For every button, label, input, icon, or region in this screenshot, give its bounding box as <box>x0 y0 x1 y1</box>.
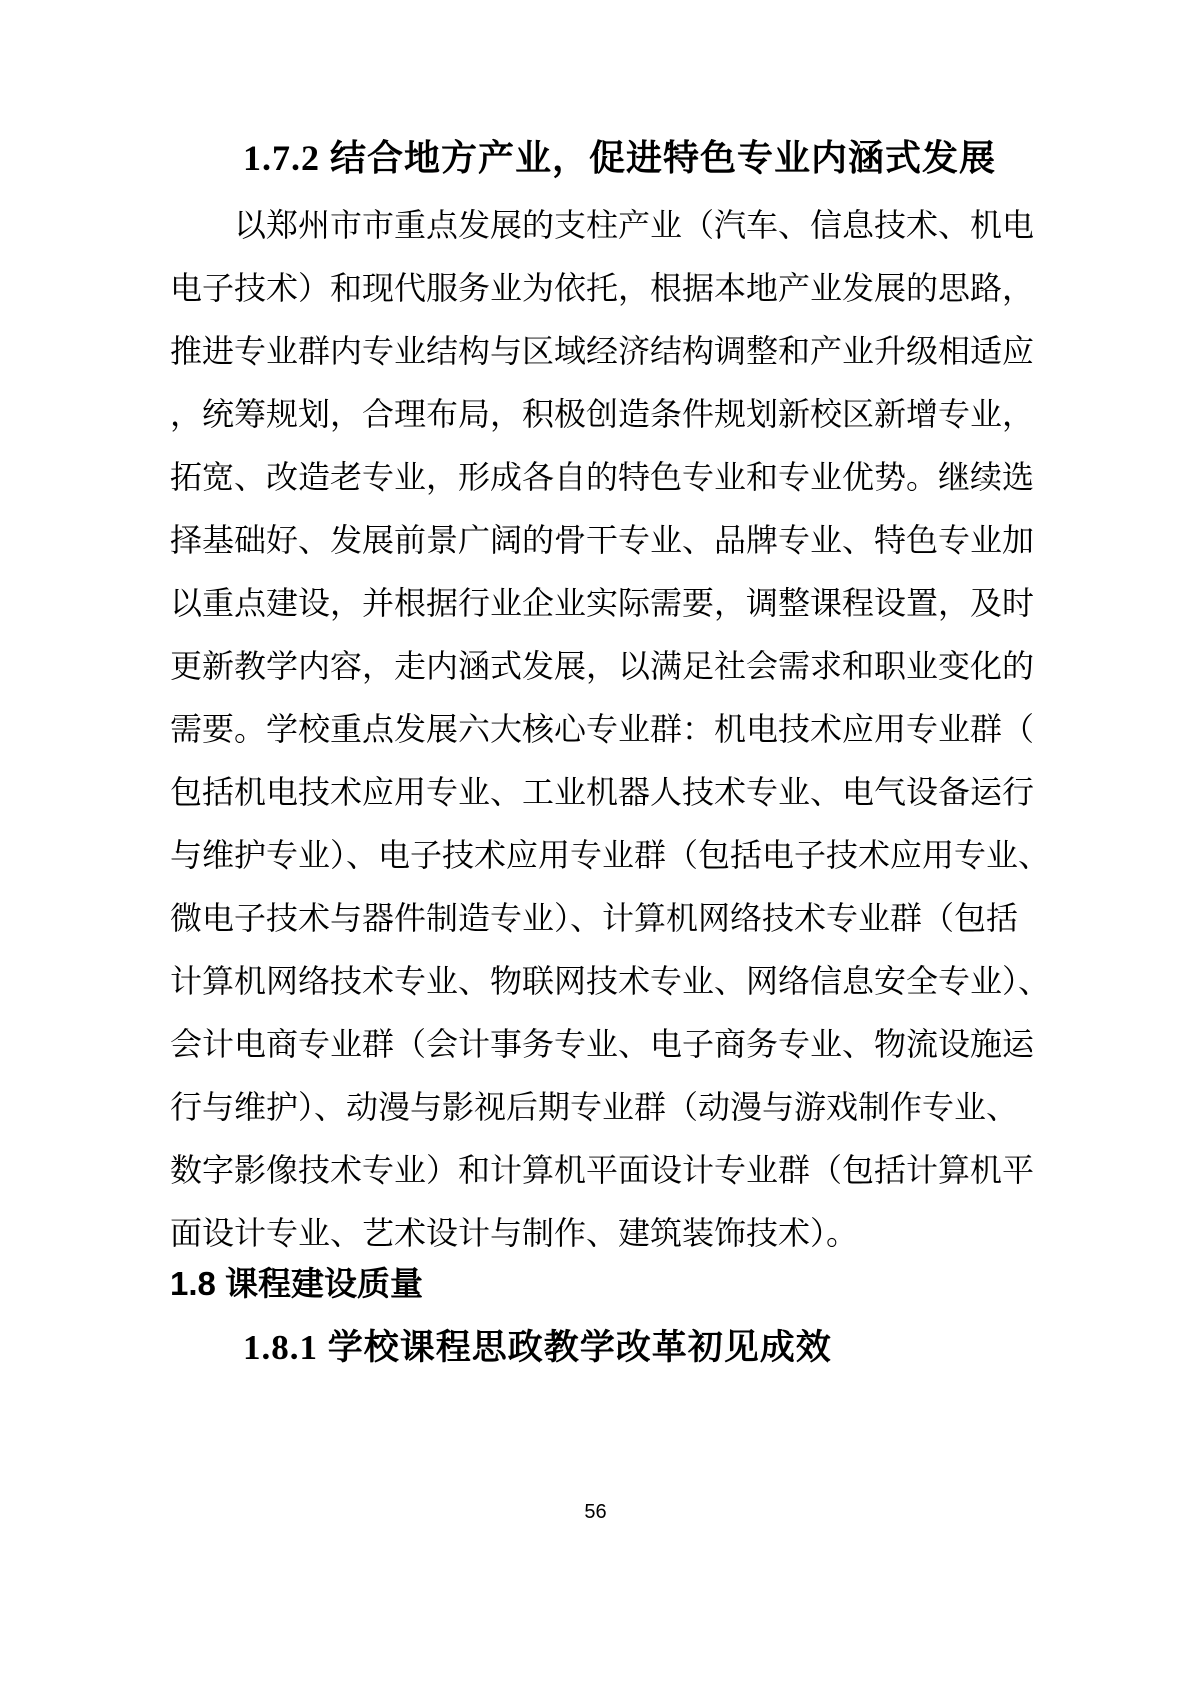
body-paragraph: 以郑州市市重点发展的支柱产业（汽车、信息技术、机电 电子技术）和现代服务业为依托… <box>170 194 1038 1265</box>
heading-1-7-2: 1.7.2 结合地方产业，促进特色专业内涵式发展 <box>243 134 996 182</box>
body-line: 以重点建设，并根据行业企业实际需要，调整课程设置，及时 <box>170 572 1038 635</box>
body-line: 以郑州市市重点发展的支柱产业（汽车、信息技术、机电 <box>170 194 1038 257</box>
body-line: ，统筹规划，合理布局，积极创造条件规划新校区新增专业， <box>170 383 1038 446</box>
document-page: 1.7.2 结合地方产业，促进特色专业内涵式发展 以郑州市市重点发展的支柱产业（… <box>0 0 1191 1684</box>
heading-1-8-1: 1.8.1 学校课程思政教学改革初见成效 <box>243 1325 832 1371</box>
body-line: 更新教学内容，走内涵式发展，以满足社会需求和职业变化的 <box>170 635 1038 698</box>
page-number: 56 <box>0 1498 1191 1526</box>
body-line: 需要。学校重点发展六大核心专业群：机电技术应用专业群（ <box>170 698 1038 761</box>
body-line: 推进专业群内专业结构与区域经济结构调整和产业升级相适应 <box>170 320 1038 383</box>
body-line: 微电子技术与器件制造专业）、计算机网络技术专业群（包括 <box>170 887 1038 950</box>
body-line: 择基础好、发展前景广阔的骨干专业、品牌专业、特色专业加 <box>170 509 1038 572</box>
body-line: 面设计专业、艺术设计与制作、建筑装饰技术）。 <box>170 1202 1038 1265</box>
body-line: 行与维护）、动漫与影视后期专业群（动漫与游戏制作专业、 <box>170 1076 1038 1139</box>
body-line: 包括机电技术应用专业、工业机器人技术专业、电气设备运行 <box>170 761 1038 824</box>
body-line: 计算机网络技术专业、物联网技术专业、网络信息安全专业）、 <box>170 950 1038 1013</box>
body-line: 电子技术）和现代服务业为依托，根据本地产业发展的思路， <box>170 257 1038 320</box>
heading-1-8: 1.8 课程建设质量 <box>170 1262 423 1306</box>
body-line: 数字影像技术专业）和计算机平面设计专业群（包括计算机平 <box>170 1139 1038 1202</box>
body-line: 拓宽、改造老专业，形成各自的特色专业和专业优势。继续选 <box>170 446 1038 509</box>
body-line: 与维护专业）、电子技术应用专业群（包括电子技术应用专业、 <box>170 824 1038 887</box>
body-line: 会计电商专业群（会计事务专业、电子商务专业、物流设施运 <box>170 1013 1038 1076</box>
